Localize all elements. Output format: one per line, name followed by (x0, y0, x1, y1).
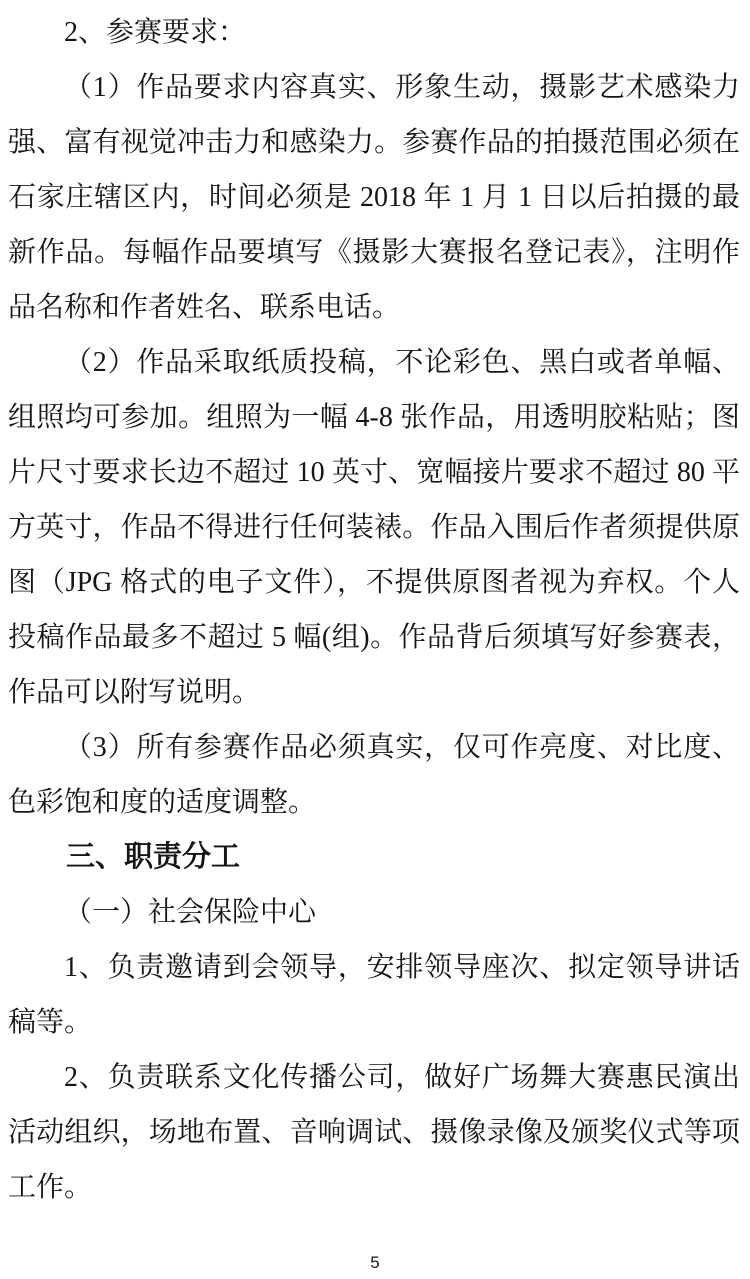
paragraph: 2、参赛要求： (8, 5, 740, 60)
paragraph: （3）所有参赛作品必须真实，仅可作亮度、对比度、色彩饱和度的适度调整。 (8, 720, 740, 830)
page-footer: 5 (0, 1253, 750, 1273)
paragraph: 2、负责联系文化传播公司，做好广场舞大赛惠民演出活动组织，场地布置、音响调试、摄… (8, 1050, 740, 1215)
paragraph: 1、负责邀请到会领导，安排领导座次、拟定领导讲话稿等。 (8, 940, 740, 1050)
paragraph: （2）作品采取纸质投稿，不论彩色、黑白或者单幅、组照均可参加。组照为一幅 4-8… (8, 335, 740, 720)
document-page: 2、参赛要求：（1）作品要求内容真实、形象生动，摄影艺术感染力强、富有视觉冲击力… (0, 0, 750, 1279)
paragraph: （1）作品要求内容真实、形象生动，摄影艺术感染力强、富有视觉冲击力和感染力。参赛… (8, 60, 740, 335)
document-body: 2、参赛要求：（1）作品要求内容真实、形象生动，摄影艺术感染力强、富有视觉冲击力… (0, 0, 750, 1215)
page-number: 5 (370, 1253, 379, 1272)
section-heading: 三、职责分工 (8, 830, 740, 885)
paragraph: （一）社会保险中心 (8, 885, 740, 940)
